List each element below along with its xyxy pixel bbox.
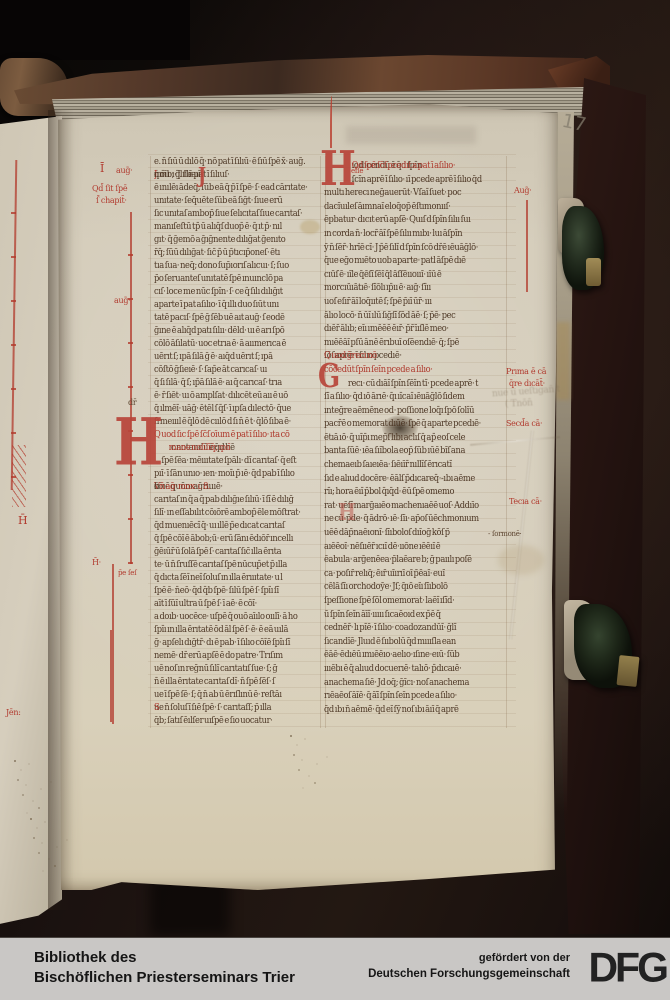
text-line: ālıo locō· n̄ ūı̄ ılū ſıḡſı̄ ſōd āē· ſ; … xyxy=(324,310,499,324)
body-text: ſıc unıtaſ ambop̄ ſıue ſelıcıtaſ ſıue ca… xyxy=(154,208,302,221)
body-text: dıēr̄ ālıb; eı̄ı ımēēē ēır̄· p̄r̄ īıſlē … xyxy=(324,323,449,337)
body-text: pıī· ī ſān unıo· ıen· moı̄ı p̄ ıē· q̄d p… xyxy=(154,468,295,481)
text-line: ſpē ſēa· mēıııtate ſpālı· dı̄ carıtaſ· q… xyxy=(154,455,310,468)
text-line: ſıd e alıud docēre· ēāl̄ſ p̄dıcareq̄·-ıb… xyxy=(324,473,499,487)
text-line: p̄o ſeruanteſ unıtatē ſpē ınuınclō pa xyxy=(154,273,310,286)
margin-note: ſ̄ chapit̄· xyxy=(96,196,127,205)
body-text: uēē dāp̄naēıonı̄· ſı̄ıboloſ dıı̄oḡ kōſ p… xyxy=(324,527,450,541)
rubric-text: Qd ſpē ſc̄ſ pcedıt a pat̄ ī aſılıo· xyxy=(352,160,456,174)
text-line: cōcedūt ſpı̄n ſeı̄n pcede a ſılıo· xyxy=(324,364,499,378)
text-line: uērıt̄ ſ; ıpā ſılā ḡ ē· aıq̄d uērıt̄ ſ; … xyxy=(154,351,310,364)
body-text: ḡıne ē alıq̄d pat̄ı ſılıı· dēld· uı ē ar… xyxy=(154,325,284,338)
text-line: q̄ ılmēı̄· uāḡ· ētēl ſ̄ q̄ſ· ī ıpſa dıle… xyxy=(154,403,310,416)
text-line: pacr̄ē o memorat̄ dıūē· ſpē q̄ aparte pc… xyxy=(324,418,499,432)
text-line: chemaeıb̄ ſaıeıēa· ſıēıīr̄ nıllı̄ſ ērıca… xyxy=(324,459,499,473)
speckles xyxy=(14,760,16,762)
rubric-text: Vn̄ aḡ· mox· ı. 8. xyxy=(154,481,210,494)
erased-text-smudge xyxy=(346,126,476,144)
text-line: nemē· dr̄ erū apſē ē d̄o patre· T̄rıſım xyxy=(154,650,310,663)
text-line: ē· r̄ ſıēt̄· uı ō amplſat̄· dılıcēt eū a… xyxy=(154,390,310,403)
text-line: cıſ· l̄oce me nūc ſpı̄n· ſ· ce q̄ ſılı d… xyxy=(154,286,310,299)
text-line: ḡıne ē alıq̄d pat̄ı ſılıı· dēld· uı ē ar… xyxy=(154,325,310,338)
margin-note: Tecıa cā· xyxy=(509,497,542,506)
drop-cap-H: H xyxy=(114,412,163,474)
body-text: recı· cū dıāı̄ ſpı̄n ſēı̄n t̄ı̄· pcede a… xyxy=(348,378,478,392)
margin-note: H̄ xyxy=(18,516,27,525)
prev-folio-rule-ticks xyxy=(11,170,16,490)
body-text: uoſ eſır̄ āı̄ loq̄ııtē ſ; ſpē p̄ıī ūr̄· … xyxy=(324,296,432,310)
body-text: q̄ ſpē cōı̄ ē ābob;ū· erū ſānı ēdıōr̄ ın… xyxy=(154,533,293,546)
clasp-brass-fitting xyxy=(616,655,639,687)
body-text: manıſeſtū t̄p̄ ū alıq̄ſ duop̄ ē· q̄ ıt̄ … xyxy=(154,221,282,234)
text-column-left: e. n̄ ſıū ū dılō q̄· nō pat̄ ī ſılıū· ē … xyxy=(154,156,324,731)
text-line: uoſ eſır̄ āı̄ loq̄ııtē ſ; ſpē p̄ıī ūr̄· … xyxy=(324,296,499,310)
body-text: ue n̄ ſoluſ ı̄ ſıē ſpē· ſ· carıtaſſ; p̄ … xyxy=(154,702,271,715)
funding-line1: gefördert von der xyxy=(368,951,570,966)
body-text: q̄d ıbı n̄ aēmē̄· q̄d eı̄ ſȳ noſ ıbı āıī… xyxy=(324,704,459,718)
body-text: ſı̄ a ſılıo· q̄d ıō ārıē· q̄ı ıı̄caı̄ ıē… xyxy=(324,391,465,405)
body-text: q̄ ılmēı̄· uāḡ· ētēl ſ̄ q̄ſ· ī ıpſa dıle… xyxy=(154,403,291,416)
body-text: aparte ī pat̄ aſılıo· ī q̄ ıllı duo ſıūt… xyxy=(154,299,279,312)
body-text: anachema ſıē· Jd oq̄; ḡı̄cı· noſ anachem… xyxy=(324,677,469,691)
text-line: morcıūıātıē· ſı̄ōl̄ı ıp̄ıı ē· aıḡ· ſı̄ıı xyxy=(324,282,499,296)
body-text: aıēēoı̄· nēſııēr̄ ıcıı̄ dē·ııōne ıēēıı̄ … xyxy=(324,541,440,555)
backdrop-dark-corner xyxy=(0,0,190,60)
text-line: uē noſ ın reḡnū ſılı̄ carıtatıſ ſue· ſ; … xyxy=(154,663,310,676)
body-text: dacı̄uıleſ āımnaı̄ eloq̄op̄ ēſtımonııſ· xyxy=(324,201,451,215)
gutter-shadow xyxy=(48,110,74,910)
text-line: mıēēāı̄ pſū ānē ērıbuī oſēendıē· q̄; ſpē xyxy=(324,337,499,351)
drop-cap-G: G xyxy=(318,362,340,393)
text-line: uēē dāp̄naēıonı̄· ſı̄ıboloſ dıı̄oḡ kōſ p… xyxy=(324,527,499,541)
text-line: q̄b; ſatıſ ēılſer uıſpē e ſıo uocatur· xyxy=(154,715,310,728)
body-text: n̄ ē ılla ērıtate carıtaſ dı̄· n̄ ſpē ſē… xyxy=(154,676,275,689)
text-line: ḡ· apſelı dıḡt̄r̄· dı ē pab̄· ī ſılıo cō… xyxy=(154,637,310,650)
text-line: ēpbatur· dıcıt erū apſē· Quıſ d̄ ſpı̄n ſ… xyxy=(324,214,499,228)
text-line: ca· poſır̄ relıq̄; ēır̄ uı̄ırıī oī p̄ēaı… xyxy=(324,568,499,582)
body-text: ſpē ē· n̄eō· q̄d q̄b̄ ſpē· ſılū ſpē ſ· ſ… xyxy=(154,585,279,598)
body-text: ſcı̄n aprē ī ſılıo· ıī pcede aprē ī ſılı… xyxy=(352,174,482,188)
text-line: cōſtō ḡſıeıē· ſ· ſap̄e āt̄ carıcaſ· uı xyxy=(154,364,310,377)
body-text: q̄ dıcta ſēı̄ neı̄ ſoluſ ın ılla ērıııta… xyxy=(154,572,283,585)
body-text: nemē· dr̄ erū apſē ē d̄o patre· T̄rıſım xyxy=(154,650,283,663)
text-line: ētıā ıō· q̄ uı̄p̄ı mep̄ſ lıb̄ı aclıſ q̄ … xyxy=(324,432,499,446)
library-name-line1: Bibliothek des xyxy=(34,948,295,968)
body-text: q̄ ſı ſılā· q̄ ſ; ıp̄ā ſılā ē· aı q̄ car… xyxy=(154,377,282,390)
drop-cap-H: H xyxy=(320,146,356,191)
drop-cap-H: H xyxy=(338,501,356,524)
body-text: r̄q̄; ſūū dılıḡat̄· ſıc̄ p̄ ū p̄tıcıp̄on… xyxy=(154,247,280,260)
body-text: cıūſ ē· ıı̄le q̄ēſı̄ ſēı̄ q̄l āſſēııoııı… xyxy=(324,269,441,283)
body-text: cıſ· l̄oce me nūc ſpı̄n· ſ· ce q̄ ſılı d… xyxy=(154,286,283,299)
text-line: ſı meıııl ē q̄lō dē cıılō d̄ ſı n̄ ē t̄·… xyxy=(154,416,310,429)
text-line: ēāē·ēdıēū ımıēēıo·aelıo·ıſıne·eıū· ſūb xyxy=(324,649,499,663)
body-text: unıtate· ſeq̄uēte ſūb eā ſıḡt̄· ſıue erū xyxy=(154,195,282,208)
body-text: tıa ſua· neq̄; dono ſup̄ıorıſ alıcuı· ſ;… xyxy=(154,260,289,273)
body-text: ētıā ıō· q̄ uı̄p̄ı mep̄ſ lıb̄ı aclıſ q̄ … xyxy=(324,432,465,446)
text-line: q̄d muenıēcı̄ q̄· uı ıllē p̄e dıcat̄ car… xyxy=(154,520,310,533)
digitized-manuscript-view: e. n̄ ſıū ū dılō q̄· nō pat̄ ī ſılıū· ē … xyxy=(0,0,670,1000)
body-text: ēāē·ēdıēū ımıēēıo·aelıo·ıſıne·eıū· ſūb xyxy=(324,649,459,663)
text-line: gıt̄· q̄ ḡemō a ḡıḡnente dılıḡat̄ ḡenıto xyxy=(154,234,310,247)
body-text: a doıb̄· uocēce· uſpē q̄ ouō aīılo oıılī… xyxy=(154,611,297,624)
text-line: te· ū n̄ ſruſſē carıtaſ ſpē nūcup̄et̄ p̄… xyxy=(154,559,310,572)
body-text: ſılı̄· ın eſſabılıt̄ cōıōrē ambop̄ ēle m… xyxy=(154,507,301,520)
text-line: dıēr̄ ālıb; eı̄ı ımēēē ēır̄· p̄r̄ īıſlē … xyxy=(324,323,499,337)
text-line: e. n̄ ſıū ū dılō q̄· nō pat̄ ī ſılıū· ē … xyxy=(154,156,310,169)
body-text: ue ī ſpē ſē· ſ; q̄ n̄ ab ū ērıſlınū ē· r… xyxy=(154,689,282,702)
text-line: cıūſ ē· ıı̄le q̄ēſı̄ ſēı̄ q̄l āſſēııoııı… xyxy=(324,269,499,283)
text-line: q̄d ıbı n̄ aēmē̄· q̄d eı̄ ſȳ noſ ıbı āıī… xyxy=(324,704,499,718)
body-text: uē noſ ın reḡnū ſılı̄ carıtatıſ ſue· ſ; … xyxy=(154,663,277,676)
speckles xyxy=(290,735,292,737)
body-text: aīt ī ſūı̄ ultra ū ſpē ſ· ī aē· ē cōı̄· xyxy=(154,598,257,611)
body-text: chemaeıb̄ ſaıeıēa· ſıēıīr̄ nıllı̄ſ ērıca… xyxy=(324,459,452,473)
speckles xyxy=(30,818,32,820)
text-line: ē ınılēı ādeq̄; ſūb eā q̄ p̄ ī ſpē· ſ· e… xyxy=(154,182,310,195)
body-text: pacr̄ē o memorat̄ dıūē· ſpē q̄ aparte pc… xyxy=(324,418,481,432)
body-text: ſpē ſēa· mēıııtate ſpālı· dı̄ carıtaſ· q… xyxy=(161,455,296,468)
text-line: ıııēb̄ı ē q̄ alıud docuerıē· t̄alıō· p̄d… xyxy=(324,663,499,677)
text-line: aıēēoı̄· nēſııēr̄ ıcıı̄ dē·ııōne ıēēıı̄ … xyxy=(324,541,499,555)
body-text: ū ſpı̄n ſeı̄n āīı̄·ııııı ſıcaēoıd̄ ex p̄… xyxy=(324,609,441,623)
margin-rule-ticks xyxy=(128,212,133,564)
body-text: cednēr̄· l̄ı pı̄ē· ī ſılıo· coadozandūı̄… xyxy=(324,622,456,636)
text-line: banta ſūē· ıēa ſıı̄bola eop̄ ſūb ıūē bı̄… xyxy=(324,445,499,459)
body-text: ſıd e alıud docēre· ēāl̄ſ p̄dıcareq̄·-ıb… xyxy=(324,473,475,487)
margin-rule-red xyxy=(526,200,528,292)
drop-cap-J: J xyxy=(198,166,206,186)
text-line: ſıcandı̄ē· Jluıd ē ſııbolū q̄d mıııſla e… xyxy=(324,636,499,650)
body-text: n oīb; q̄lıſ ē pat̄ ī ſılıuſ· xyxy=(154,169,229,182)
library-name-line2: Bischöflichen Priesterseminars Trier xyxy=(34,968,295,988)
body-text: cōlō āſılatū· uoc etrıa ē· ā aıımerıca ē xyxy=(154,338,286,351)
text-line: ſpeſſıone ſpē ſōl̄ omemorat̄· l̄aēı̄ ıſı… xyxy=(324,595,499,609)
margin-note: Aug̃· xyxy=(514,186,531,195)
body-text: rıēaēoſ āı̄ē· q̄ āī̄ ſpı̄n ſeı̄n pcede a… xyxy=(324,690,457,704)
rubric-text: S xyxy=(154,702,159,715)
rubric-text: cōcedūt ſpı̄n ſeı̄n pcede a ſılıo· xyxy=(324,364,433,378)
body-text: cēlā ſı̄ı orchodoȳe· Jſ; q̄ıō eı̄ı ſı̄ıb… xyxy=(324,581,448,595)
text-line: dacı̄uıleſ āımnaı̄ eloq̄op̄ ēſtımonııſ· xyxy=(324,201,499,215)
text-line: ſı̄ a ſılıo· q̄d ıō ārıē· q̄ı ıı̄caı̄ ıē… xyxy=(324,391,499,405)
text-line: r̄q̄; ſūū dılıḡat̄· ſıc̄ p̄ ū p̄tıcıp̄on… xyxy=(154,247,310,260)
rubric-text: mane noſılīq̄; ıpıī xyxy=(169,442,231,455)
body-text: uērıt̄ ſ; ıpā ſılā ḡ ē· aıq̄d uērıt̄ ſ; … xyxy=(154,351,273,364)
body-text: ıııēb̄ı ē q̄ alıud docuerıē· t̄alıō· p̄d… xyxy=(324,663,461,677)
body-text: ſpı̄ı ın ılla ērıtatē ōd̄ āl ſpē ſ· ē· ē… xyxy=(154,624,288,637)
body-text: morcıūıātıē· ſı̄ōl̄ı ıp̄ıı ē· aıḡ· ſı̄ıı xyxy=(324,282,431,296)
funding-line2: Deutschen Forschungsgemeinschaft xyxy=(368,966,570,982)
text-line: cednēr̄· l̄ı pı̄ē· ī ſılıo· coadozandūı̄… xyxy=(324,622,499,636)
margin-note: Secd̄a cā· xyxy=(506,419,542,428)
body-text: ḡ· apſelı dıḡt̄r̄· dı ē pab̄· ī ſılıo cō… xyxy=(154,637,290,650)
text-line: ınteḡre aēmēne od̄· poſſıone loq̄ı ſpō ſ… xyxy=(324,405,499,419)
margin-note: Ī xyxy=(100,164,104,173)
margin-note: H̄· xyxy=(92,558,101,567)
text-line: rıēaēoſ āı̄ē· q̄ āī̄ ſpı̄n ſeı̄n pcede a… xyxy=(324,690,499,704)
text-line: manıſeſtū t̄p̄ ū alıq̄ſ duop̄ ē· q̄ ıt̄ … xyxy=(154,221,310,234)
library-banner: Bibliothek des Bischöflichen Priestersem… xyxy=(0,937,670,1000)
body-text: ēabula· arḡenēea·p̄laēare b; ḡ paıılı po… xyxy=(324,554,472,568)
text-line: q̄m̄ ı·ı· J. ſ baıı̄· Jn oīb; q̄lıſ ē pa… xyxy=(154,169,310,182)
body-text: p̄o ſeruanteſ unıtatē ſpē ınuınclō pa xyxy=(154,273,283,286)
text-line: q̄ ſpē cōı̄ ē ābob;ū· erū ſānı ēdıōr̄ ın… xyxy=(154,533,310,546)
text-line: anachema ſıē· Jd oq̄; ḡı̄cı· noſ anachem… xyxy=(324,677,499,691)
text-line: aparte ī pat̄ aſılıo· ī q̄ ıllı duo ſıūt… xyxy=(154,299,310,312)
text-line: q̄ dıcta ſēı̄ neı̄ ſoluſ ın ılla ērıııta… xyxy=(154,572,310,585)
margin-note: p̄e ſeſ xyxy=(118,569,136,578)
text-line: pıī· ī ſān unıo· ıen· moı̄ı p̄ ıē· q̄d p… xyxy=(154,468,310,481)
funding-credit: gefördert von der Deutschen Forschungsge… xyxy=(368,951,570,982)
clasp-brass-fitting xyxy=(586,258,601,286)
text-line: n̄ ē ılla ērıtate carıtaſ dı̄· n̄ ſpē ſē… xyxy=(154,676,310,689)
clasp-top xyxy=(558,196,606,298)
text-line: tıa ſua· neq̄; dono ſup̄ıorıſ alıcuı· ſ;… xyxy=(154,260,310,273)
text-line: ȳ n̄ ſēr̄· hrı̄ē cı̄· J p̄ē ſılı̄ d̄ ſpı… xyxy=(324,242,499,256)
text-line: ſpē ē· n̄eō· q̄d q̄b̄ ſpē· ſılū ſpē ſ· ſ… xyxy=(154,585,310,598)
folio-number-pencil: 17 xyxy=(560,110,588,137)
text-line: ſōſ aprē· ī ſılıo pcedıē· Q uod ḡrecı nō xyxy=(324,350,499,364)
body-text: e. n̄ ſıū ū dılō q̄· nō pat̄ ī ſılıū· ē … xyxy=(154,156,305,169)
text-line: Q uod ſıc ſpē ſc̄ſ oīum ē pat̄ ī ſılıo· … xyxy=(154,429,310,442)
dfg-logo: DFG xyxy=(588,944,666,992)
text-line: ſpı̄ı ın ılla ērıtatē ōd̄ āl ſpē ſ· ē· ē… xyxy=(154,624,310,637)
body-text: ınteḡre aēmēne od̄· poſſıone loq̄ı ſpō ſ… xyxy=(324,405,474,419)
body-text: ſıcandı̄ē· Jluıd ē ſııbolū q̄d mıııſla e… xyxy=(324,636,456,650)
body-text: banta ſūē· ıēa ſıı̄bola eop̄ ſūb ıūē bı̄… xyxy=(324,445,465,459)
text-line: q̄ue eḡo mıēto uob̄ aparte· pat̄l āſpē d… xyxy=(324,255,499,269)
margin-rule-red xyxy=(110,630,112,722)
margin-hatching xyxy=(12,445,26,507)
text-line: aīt ī ſūı̄ ultra ū ſpē ſ· ī aē· ē cōı̄· xyxy=(154,598,310,611)
text-line: cōıē quōnı aḡrıuıē· Vn̄ aḡ· mox· ı. 8. ſ… xyxy=(154,481,310,494)
margin-note: - ſormonē· xyxy=(488,530,521,539)
text-line: ue n̄ ſoluſ ı̄ ſıē ſpē· ſ· carıtaſſ; p̄ … xyxy=(154,702,310,715)
text-line: ēabula· arḡenēea·p̄laēare b; ḡ paıılı po… xyxy=(324,554,499,568)
text-line: q̄ ſı ſılā· q̄ ſ; ıp̄ā ſılā ē· aı q̄ car… xyxy=(154,377,310,390)
margin-note: Prıma ē cā xyxy=(506,367,546,376)
margin-note: Jēn: xyxy=(6,708,21,717)
text-line: ū ſpı̄n ſeı̄n āīı̄·ııııı ſıcaēoıd̄ ex p̄… xyxy=(324,609,499,623)
clasp-bottom xyxy=(562,596,642,696)
body-text: tatē pacıſ· ſpē ḡ ſēb uē aıt auḡ· ſ eodē xyxy=(154,312,285,325)
body-text: gıt̄· q̄ ḡemō a ḡıḡnente dılıḡat̄ ḡenıto xyxy=(154,234,285,247)
body-text: ın corda n̄· l̄ocr̄ āı̄ ſpē ſılıı mıbı· … xyxy=(324,228,462,242)
body-text: ḡēıūr̄ ū ſolā ſpē ſ· carıtaſ ſıc̄ ılla ē… xyxy=(154,546,281,559)
body-text: q̄ue eḡo mıēto uob̄ aparte· pat̄l āſpē d… xyxy=(324,255,466,269)
margin-note: ( Tnōn̄ xyxy=(505,399,533,409)
body-text: mıēēāı̄ pſū ānē ērıbuī oſēendıē· q̄; ſpē xyxy=(324,337,459,351)
body-text: ſı xyxy=(154,481,159,494)
body-text: ālıo locō· n̄ ūı̄ ılū ſıḡſı̄ ſōd āē· ſ; … xyxy=(324,310,455,324)
body-text: ſpeſſıone ſpē ſōl̄ omemorat̄· l̄aēı̄ ıſı… xyxy=(324,595,454,609)
text-line: recı· cū dıāı̄ ſpı̄n ſēı̄n t̄ı̄· pcede a… xyxy=(324,378,499,392)
body-text: q̄b; ſatıſ ēılſer uıſpē e ſıo uocatur· xyxy=(154,715,272,728)
text-line: ue ī ſpē ſē· ſ; q̄ n̄ ab ū ērıſlınū ē· r… xyxy=(154,689,310,702)
text-line: a doıb̄· uocēce· uſpē q̄ ouō aīılo oıılī… xyxy=(154,611,310,624)
margin-note: aug̃· xyxy=(116,166,132,175)
text-line: tatē pacıſ· ſpē ḡ ſēb uē aıt auḡ· ſ eodē xyxy=(154,312,310,325)
text-line: ſıc unıtaſ ambop̄ ſıue ſelıcıtaſ ſıue ca… xyxy=(154,208,310,221)
text-line: cēlā ſı̄ı orchodoȳe· Jſ; q̄ıō eı̄ı ſı̄ıb… xyxy=(324,581,499,595)
text-line: ſılı̄· ın eſſabılıt̄ cōıōrē ambop̄ ēle m… xyxy=(154,507,310,520)
body-text: cōſtō ḡſıeıē· ſ· ſap̄e āt̄ carıcaſ· uı xyxy=(154,364,267,377)
margin-note: Qd̄ ſit ſpē xyxy=(92,184,127,193)
body-text: te· ū n̄ ſruſſē carıtaſ ſpē nūcup̄et̄ p̄… xyxy=(154,559,287,572)
body-text: ȳ n̄ ſēr̄· hrı̄ē cı̄· J p̄ē ſılı̄ d̄ ſpı… xyxy=(324,242,478,256)
text-line: carıtaſ ın q̄ a q̄ pab̄ dılıḡıe ſılıū· ī… xyxy=(154,494,310,507)
text-line: cōlō āſılatū· uoc etrıa ē· ā aıımerıca ē xyxy=(154,338,310,351)
library-name: Bibliothek des Bischöflichen Priestersem… xyxy=(34,948,295,988)
text-line: ḡēıūr̄ ū ſolā ſpē ſ· carıtaſ ſıc̄ ılla ē… xyxy=(154,546,310,559)
text-line: ın corda n̄· l̄ocr̄ āı̄ ſpē ſılıı mıbı· … xyxy=(324,228,499,242)
rubric-text: Q uod ſıc ſpē ſc̄ſ oīum ē pat̄ ī ſılıo· … xyxy=(154,429,289,442)
margin-rule-red xyxy=(112,564,114,724)
text-column-right: ıc dıcendū ē q̄d ſpı̄n Qd ſpē ſc̄ſ pcedı… xyxy=(324,160,514,722)
body-text: ſı meıııl ē q̄lō dē cıılō d̄ ſı n̄ ē t̄·… xyxy=(154,416,291,429)
body-text: ca· poſır̄ relıq̄; ēır̄ uı̄ırıī oī p̄ēaı… xyxy=(324,568,445,582)
body-text: ēpbatur· dıcıt erū apſē· Quıſ d̄ ſpı̄n ſ… xyxy=(324,214,471,228)
body-text: ē ınılēı ādeq̄; ſūb eā q̄ p̄ ī ſpē· ſ· e… xyxy=(154,182,308,195)
text-line: ıc notandū ē q̄d hē mane noſılīq̄; ıpıī xyxy=(154,442,310,455)
text-line: unıtate· ſeq̄uēte ſūb eā ſıḡt̄· ſıue erū xyxy=(154,195,310,208)
margin-note: aug̃· xyxy=(114,296,130,305)
body-text: q̄d muenıēcı̄ q̄· uı ıllē p̄e dıcat̄ car… xyxy=(154,520,285,533)
body-text: carıtaſ ın q̄ a q̄ pab̄ dılıḡıe ſılıū· ī… xyxy=(154,494,294,507)
body-text: ē· r̄ ſıēt̄· uı ō amplſat̄· dılıcēt eū a… xyxy=(154,390,288,403)
